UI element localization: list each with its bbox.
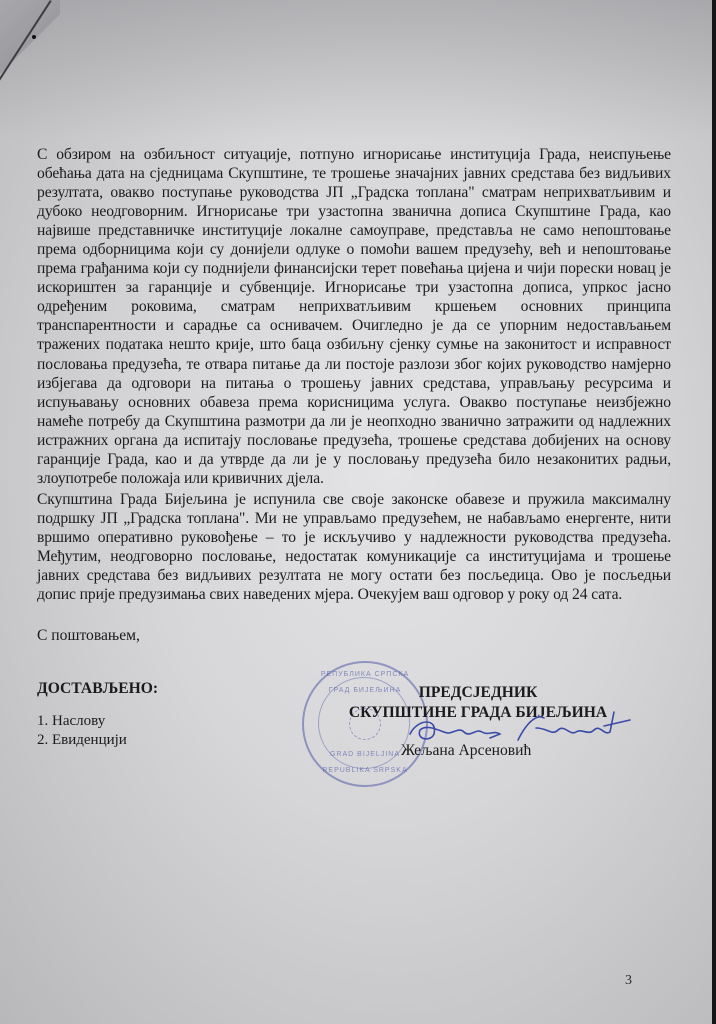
delivered-item: 2. Евиденцији <box>37 731 127 750</box>
paragraph-text: С обзиром на озбиљност ситуације, потпун… <box>37 145 671 488</box>
paragraph-text: Скупштина Града Бијељина је испунила све… <box>37 490 671 604</box>
signatory-title-line-1: ПРЕДСЈЕДНИК <box>338 683 618 703</box>
delivered-item: 1. Наслову <box>37 712 127 731</box>
page-edge-shadow <box>712 0 716 1024</box>
signatory-name: Жељана Арсеновић <box>401 742 531 760</box>
staple-icon <box>32 35 36 39</box>
body-paragraph-2: Скупштина Града Бијељина је испунила све… <box>37 490 671 604</box>
folded-corner <box>0 0 60 90</box>
delivered-list: 1. Наслову 2. Евиденцији <box>37 712 127 750</box>
page-number: 3 <box>625 973 632 989</box>
top-shadow <box>0 0 712 140</box>
document-page: С обзиром на озбиљност ситуације, потпун… <box>0 0 712 1024</box>
closing-salutation: С поштовањем, <box>37 627 140 645</box>
stamp-outer-bottom-text: REPUBLIKA SRPSKA <box>304 767 426 774</box>
body-paragraph-1: С обзиром на озбиљност ситуације, потпун… <box>37 145 671 488</box>
delivered-heading: ДОСТАВЉЕНО: <box>37 680 158 698</box>
